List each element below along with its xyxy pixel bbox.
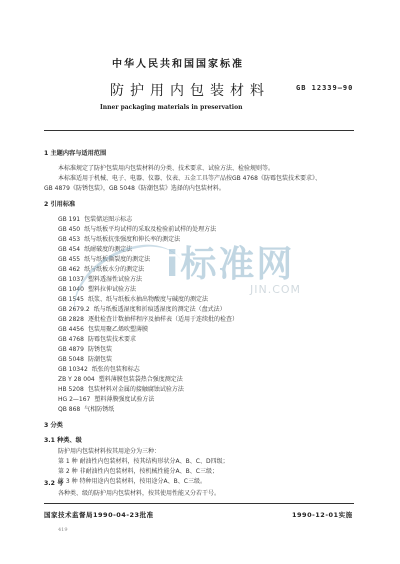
footer-divider [44,503,354,504]
section-1-heading: 1 主题内容与适用范围 [44,148,106,157]
classification-item: 第 3 种 特种用途内包装材料，按用途分A、B、C三级。 [58,476,206,485]
section-3-heading: 3 分类 [44,420,63,429]
section-2-heading: 2 引用标准 [44,199,75,208]
header-divider [44,130,354,131]
reference-code: GB 5048 [58,356,84,363]
reference-title: 纸与纸板平均试样的采取及检验前试样的处理方法 [84,226,216,233]
reference-code: GB 4768 [58,336,84,343]
reference-title: 塑料薄膜强度试验方法 [94,396,154,403]
section-3-1-intro: 防护用内包装材料按其用途分为三种： [58,446,160,455]
reference-code: HG 2—167 [58,396,90,403]
reference-code: ZB Y 28 004 [58,376,95,383]
reference-title: 气相防锈纸 [84,406,114,413]
watermark-logo: i标准网 [166,236,294,287]
section-1-paragraph-1: 本标准规定了防护包装用内包装材料的分类、技术要求、试验方法、检验规则等。 [58,163,274,172]
reference-item: HB 5208包装材料对金属的接触腐蚀试验方法 [58,384,184,393]
standard-number: GB 12339—90 [296,84,353,92]
reference-title: 包装材料对金属的接触腐蚀试验方法 [88,386,184,393]
reference-title: 包装储运图示标志 [84,216,132,223]
reference-item: GB 10342纸张的包装和标志 [58,364,140,373]
reference-title: 防潮包装 [88,356,112,363]
reference-code: HB 5208 [58,386,84,393]
reference-code: GB 453 [58,236,80,243]
reference-code: GB 10342 [58,366,88,373]
reference-title: 纸张的包装和标志 [92,366,140,373]
reference-item: GB 453纸与纸板抗张强度和伸长率的测定法 [58,234,180,243]
watermark-url: JIN.COM [250,283,301,296]
classification-item: 第 2 种 非耐油性内包装材料，按机械性能分A、B、C三级； [58,466,218,475]
reference-item: GB 5048防潮包装 [58,354,112,363]
page-number: 419 [58,527,68,533]
document-title-english: Inner packaging materials in preservatio… [100,104,242,111]
issuing-organization: 中华人民共和国国家标准 [112,55,244,70]
reference-item: ZB Y 28 004塑料薄膜包装袋热合强度测定法 [58,374,183,383]
reference-code: GB 455 [58,256,80,263]
reference-code: GB 191 [58,216,80,223]
section-1-paragraph-2-line-2: GB 4879《防锈包装》，GB 5048《防潮包装》选择的内包装材料。 [44,183,225,192]
section-3-1-heading: 3.1 种类、级 [44,435,82,444]
classification-item: 第 1 种 耐油性内包装材料，按其结构形状分A、B、C、D四级； [58,456,229,465]
reference-item: GB 191包装储运图示标志 [58,214,132,223]
reference-code: GB 462 [58,266,80,273]
reference-code: GB 4879 [58,346,84,353]
reference-title: 塑料薄膜包装袋热合强度测定法 [99,376,183,383]
effective-date: 1990-12-01实施 [292,510,353,519]
reference-code: GB 450 [58,226,80,233]
approval-date: 国家技术监督局1990-04-23批准 [44,510,154,519]
reference-code: GB 4456 [58,326,84,333]
document-title-chinese: 防护用内包装材料 [110,80,270,100]
reference-item: GB 450纸与纸板平均试样的采取及检验前试样的处理方法 [58,224,216,233]
section-1-paragraph-2-line-1: 本标准适用于机械、电子、电器、仪器、仪表、五金工具等产品按GB 4768《防霉包… [58,173,321,182]
reference-code: QB 868 [58,406,80,413]
section-3-2-text: 各种类、级的防护用内包装材料，按其使用性能又分若干号。 [58,488,220,497]
reference-item: QB 868气相防锈纸 [58,404,114,413]
reference-item: HG 2—167塑料薄膜强度试验方法 [58,394,154,403]
section-3-2-heading: 3.2 号 [44,478,63,487]
reference-code: GB 454 [58,246,80,253]
